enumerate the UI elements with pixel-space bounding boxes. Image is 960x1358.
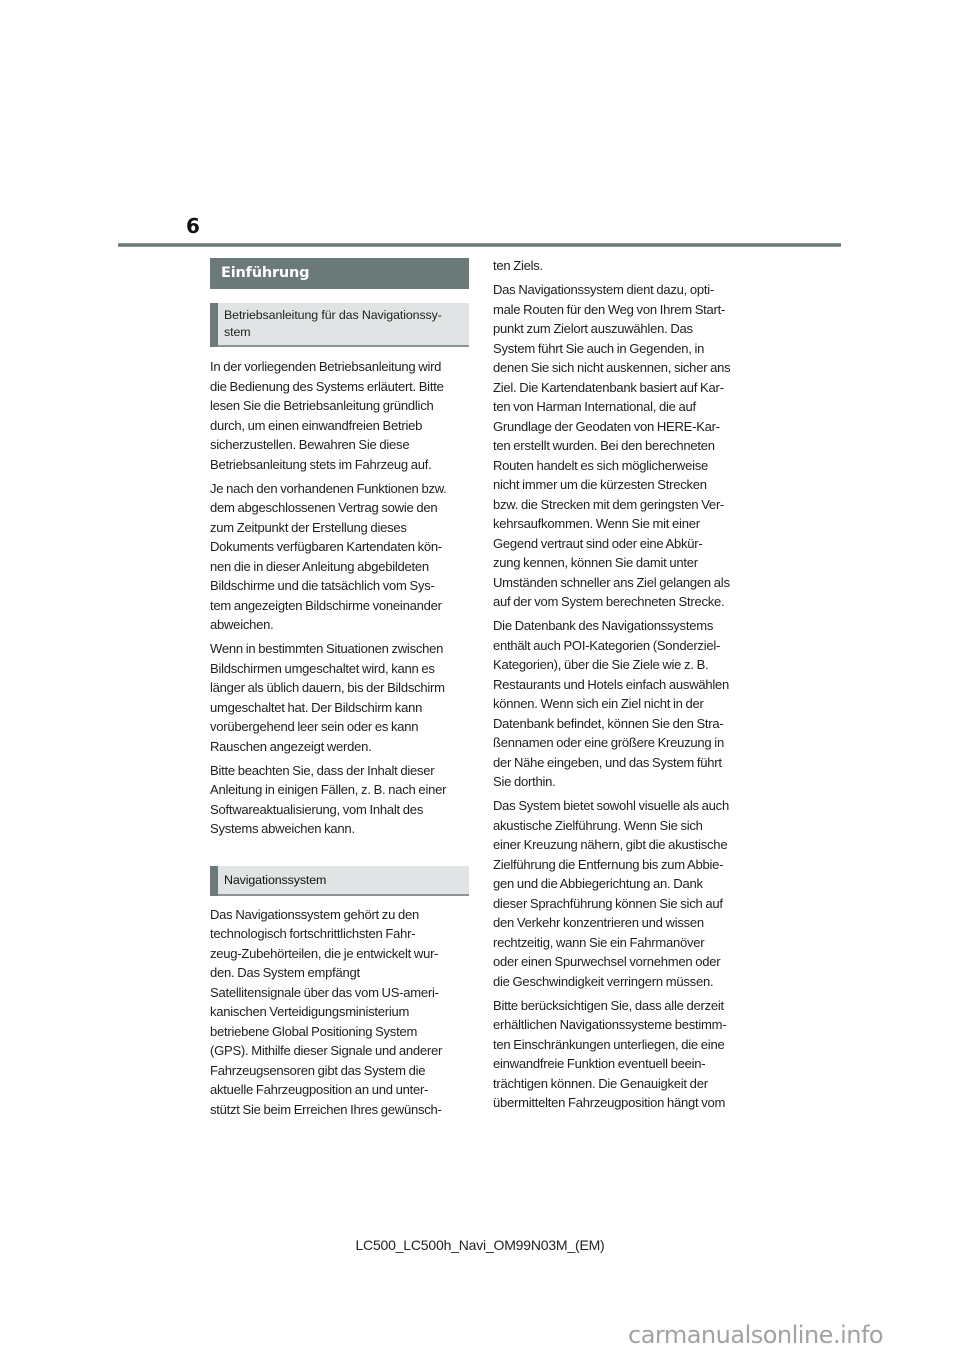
section-heading-text: Betriebsanleitung für das Navigationssy-… [224,308,442,339]
section-heading-navigation-system: Navigationssystem [210,866,469,896]
paragraph: Das Navigationssystem dient dazu, opti- … [493,280,758,612]
paragraph: Bitte berücksichtigen Sie, dass alle der… [493,996,758,1113]
section-heading-operating-manual: Betriebsanleitung für das Navigationssy-… [210,303,469,347]
paragraph: Das System bietet sowohl visuelle als au… [493,796,758,991]
paragraph: ten Ziels. [493,256,758,276]
paragraph: Die Datenbank des Navigationssystems ent… [493,616,758,792]
paragraph: Bitte beachten Sie, dass der Inhalt dies… [210,761,469,839]
chapter-title: Einführung [210,258,469,289]
right-column: ten Ziels. Das Navigationssystem dient d… [493,256,758,1117]
left-column: Einführung Betriebsanleitung für das Nav… [210,258,469,1124]
paragraph: In der vorliegenden Betriebsanleitung wi… [210,357,469,474]
document-code: LC500_LC500h_Navi_OM99N03M_(EM) [0,1237,960,1253]
paragraph: Das Navigationssystem gehört zu den tech… [210,905,469,1120]
paragraph: Wenn in bestimmten Situationen zwischen … [210,639,469,756]
watermark-link[interactable]: carmanualsonline.info [628,1321,883,1349]
header-rule [118,243,841,247]
paragraph: Je nach den vorhandenen Funktionen bzw. … [210,479,469,635]
page-number: 6 [186,214,200,238]
section-heading-text: Navigationssystem [224,873,326,887]
